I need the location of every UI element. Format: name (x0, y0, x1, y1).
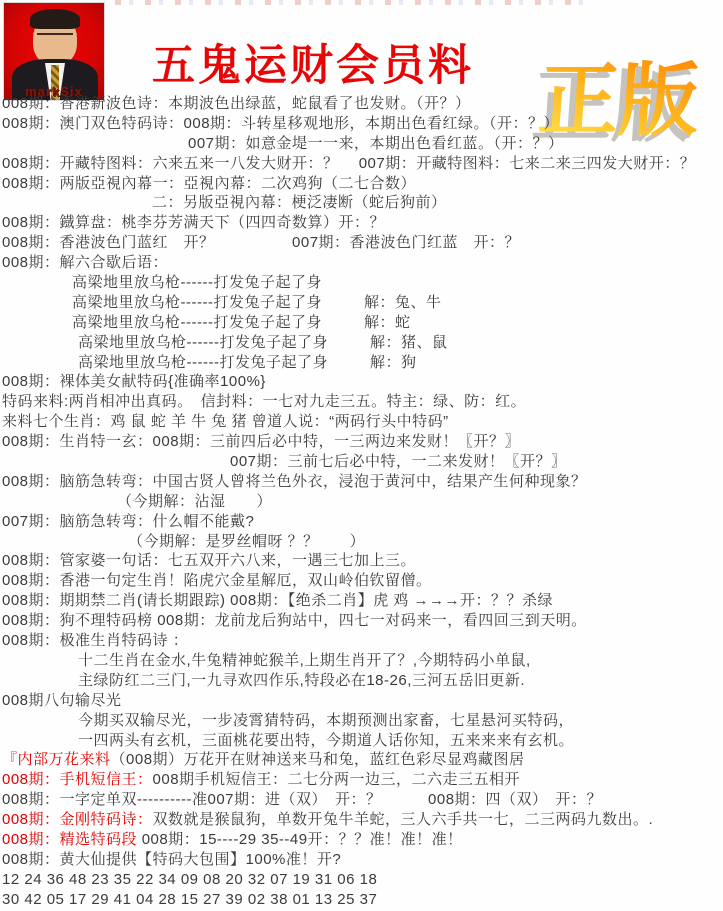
line-text: 008期：生肖特一玄：008期：三前四后必中特，一三两边来发财！〖开？〗 (2, 433, 520, 450)
tip-line: 008期：脑筋急转弯：中国古贤人曾将兰色外衣，浸泡于黄河中，结果产生何种现象？ (2, 472, 723, 492)
line-text: 高梁地里放乌枪------打发兔子起了身 (72, 294, 322, 311)
tip-line: 008期八句输尽光 (2, 691, 723, 711)
tip-line: 008期：澳门双色特码诗：008期：斗转星移观地形，本期出色看红绿。（开：？） (2, 114, 723, 134)
line-text: 双数就是猴鼠狗，单数开兔牛羊蛇，三人六手共一七，二三两码九数出。. (153, 811, 654, 828)
line-text: 008期手机短信王：二七分两一边三，二六走三五相开 (153, 771, 521, 788)
portrait-hair (30, 9, 80, 29)
tip-sheet-page: markSix 五鬼运财会员料 正版 正版 008期：香港新波色诗：本期波色出绿… (0, 0, 723, 911)
line-text: 主绿防红二三门,一九寻欢四作乐,特段必在18-26,三河五岳旧更新. (78, 672, 525, 689)
line-text: 008期：15----29 35--49开：？？准！准！准！ (142, 831, 463, 848)
tip-line: 008期：鐡算盘：桃李芬芳满天下（四四奇数算）开：？ (2, 213, 723, 233)
tip-line: 007期：如意金堤一一来，本期出色看红蓝。（开：？） (2, 134, 723, 154)
page-title: 五鬼运财会员料 (152, 32, 474, 93)
tip-line: 高梁地里放乌枪------打发兔子起了身解：兔、牛 (2, 293, 723, 313)
line-text: 008期：狗不理特码榜 008期：龙前龙后狗站中，四七一对码来一，看四回三到天明… (2, 612, 587, 629)
line-text: 007期：脑筋急转弯：什么帽不能戴? (2, 513, 254, 530)
tip-line: 高梁地里放乌枪------打发兔子起了身解：猪、鼠 (2, 333, 723, 353)
line-text: 008期：管家婆一句话：七五双开六八来，一遇三七加上三。 (2, 552, 416, 569)
line-text: 一四两头有玄机，三面桃花要出特，今期道人话你知，五来来来有玄机。 (78, 732, 574, 749)
line-text: 008期：香港新波色诗：本期波色出绿蓝，蛇鼠看了也发财。（开？） (2, 95, 471, 112)
line-text: 来料七个生肖：鸡 鼠 蛇 羊 牛 兔 猪 曾道人说：“两码行头中特码” (2, 413, 449, 430)
tip-line: 008期：开藏特图料：六来五来一八发大财开：？ 007期：开藏特图料：七来二来三… (2, 154, 723, 174)
line-text: 008期：期期禁二肖(请长期跟踪) 008期：【绝杀二肖】虎 鸡 →→→开：？？… (2, 592, 553, 609)
line-note: 解：蛇 (364, 314, 411, 331)
line-text: 008期：一字定单双----------准007期：进（双） 开：？ 008期：… (2, 791, 602, 808)
tip-line: 一四两头有玄机，三面桃花要出特，今期道人话你知，五来来来有玄机。 (2, 731, 723, 751)
line-text: 008期：两版亞視內幕一：亞視內幕：二次鸡狗（二七合数） (2, 175, 416, 192)
line-text: （008期）万花开在财神送来马和兔，蓝红色彩尽显鸡藏图居 (111, 751, 525, 768)
tip-line: 主绿防红二三门,一九寻欢四作乐,特段必在18-26,三河五岳旧更新. (2, 671, 723, 691)
tip-line: 高梁地里放乌枪------打发兔子起了身解：狗 (2, 353, 723, 373)
tip-line: 008期：管家婆一句话：七五双开六八来，一遇三七加上三。 (2, 551, 723, 571)
line-note: 解：猪、鼠 (370, 334, 448, 351)
line-text: 008期：香港波色门蓝红 开？ 007期：香港波色门红蓝 开：？ (2, 234, 520, 251)
line-prefix: 『内部万花来料 (2, 751, 111, 768)
line-text: 十二生肖在金水,牛兔精神蛇猴羊,上期生肖开了？,今期特码小单鼠, (78, 652, 531, 669)
portrait-glasses (37, 33, 73, 42)
tip-line: 008期：香港新波色诗：本期波色出绿蓝，蛇鼠看了也发财。（开？） (2, 94, 723, 114)
tip-line: 008期：狗不理特码榜 008期：龙前龙后狗站中，四七一对码来一，看四回三到天明… (2, 611, 723, 631)
line-text: 特码来料:两肖相冲出真码。 信封料：一七对九走三五。特主：绿、防：红。 (2, 393, 526, 410)
tip-line: 30 42 05 17 29 41 04 28 15 27 39 02 38 0… (2, 890, 723, 910)
tip-line: （今期解：是罗丝帽呀 ？？ ） (2, 532, 723, 552)
line-text: （今期解：沾湿 ） (117, 493, 272, 510)
tip-line: 008期：一字定单双----------准007期：进（双） 开：？ 008期：… (2, 790, 723, 810)
line-text: 008期：开藏特图料：六来五来一八发大财开：？ 007期：开藏特图料：七来二来三… (2, 155, 695, 172)
tip-line: 008期：解六合歇后语： (2, 253, 723, 273)
line-text: 008期：极准生肖特码诗 ： (2, 632, 188, 649)
cropped-top-artifact (115, 0, 595, 5)
line-prefix: 008期：手机短信王： (2, 771, 153, 788)
tip-line: 008期：两版亞視內幕一：亞視內幕：二次鸡狗（二七合数） (2, 174, 723, 194)
line-text: （今期解：是罗丝帽呀 ？？ ） (128, 533, 365, 550)
line-text: 30 42 05 17 29 41 04 28 15 27 39 02 38 0… (2, 891, 377, 908)
tip-line: 12 24 36 48 23 35 22 34 09 08 20 32 07 1… (2, 870, 723, 890)
tip-line: 008期：生肖特一玄：008期：三前四后必中特，一三两边来发财！〖开？〗 (2, 432, 723, 452)
line-text: 007期：三前七后必中特，一二来发财！〖开？〗 (230, 453, 567, 470)
tip-line: 008期：期期禁二肖(请长期跟踪) 008期：【绝杀二肖】虎 鸡 →→→开：？？… (2, 591, 723, 611)
tip-line: 008期：裸体美女献特码{准确率100%} (2, 372, 723, 392)
tip-line: 来料七个生肖：鸡 鼠 蛇 羊 牛 兔 猪 曾道人说：“两码行头中特码” (2, 412, 723, 432)
line-text: 12 24 36 48 23 35 22 34 09 08 20 32 07 1… (2, 871, 377, 888)
tip-line: 008期：金刚特码诗：双数就是猴鼠狗，单数开兔牛羊蛇，三人六手共一七，二三两码九… (2, 810, 723, 830)
tip-line: （今期解：沾湿 ） (2, 492, 723, 512)
tip-lines: 008期：香港新波色诗：本期波色出绿蓝，蛇鼠看了也发财。（开？）008期：澳门双… (2, 94, 723, 910)
tip-line: 008期：极准生肖特码诗 ： (2, 631, 723, 651)
tipster-portrait: markSix (3, 2, 105, 101)
line-prefix: 008期：精选特码段 (2, 831, 142, 848)
tip-line: 特码来料:两肖相冲出真码。 信封料：一七对九走三五。特主：绿、防：红。 (2, 392, 723, 412)
line-text: 008期：鐡算盘：桃李芬芳满天下（四四奇数算）开：？ (2, 214, 385, 231)
tip-line: 008期：精选特码段 008期：15----29 35--49开：？？准！准！准… (2, 830, 723, 850)
tip-line: 008期：香港一句定生肖！陷虎穴金星解厄，双山岭伯钦留僧。 (2, 571, 723, 591)
tip-line: 008期：香港波色门蓝红 开？ 007期：香港波色门红蓝 开：？ (2, 233, 723, 253)
line-text: 高梁地里放乌枪------打发兔子起了身 (72, 314, 322, 331)
line-text: 008期：裸体美女献特码{准确率100%} (2, 373, 266, 390)
tip-line: 007期：脑筋急转弯：什么帽不能戴? (2, 512, 723, 532)
line-text: 今期买双输尽光，一步凌霄猜特码，本期预测出家畜，七星悬河买特码， (78, 712, 574, 729)
tip-line: 008期：手机短信王：008期手机短信王：二七分两一边三，二六走三五相开 (2, 770, 723, 790)
line-text: 高梁地里放乌枪------打发兔子起了身 (72, 274, 322, 291)
line-text: 二：另版亞視內幕：梗泛凄断（蛇后狗前） (152, 194, 447, 211)
line-text: 008期：脑筋急转弯：中国古贤人曾将兰色外衣，浸泡于黄河中，结果产生何种现象？ (2, 473, 587, 490)
line-text: 008期：解六合歇后语： (2, 254, 168, 271)
tip-line: 高梁地里放乌枪------打发兔子起了身 (2, 273, 723, 293)
line-text: 008期：澳门双色特码诗：008期：斗转星移观地形，本期出色看红绿。（开：？） (2, 115, 559, 132)
tip-line: 008期：黄大仙提供【特码大包围】100%准！开? (2, 850, 723, 870)
tip-line: 二：另版亞視內幕：梗泛凄断（蛇后狗前） (2, 193, 723, 213)
line-text: 007期：如意金堤一一来，本期出色看红蓝。（开：？） (188, 135, 564, 152)
line-text: 008期：香港一句定生肖！陷虎穴金星解厄，双山岭伯钦留僧。 (2, 572, 432, 589)
tip-line: 十二生肖在金水,牛兔精神蛇猴羊,上期生肖开了？,今期特码小单鼠, (2, 651, 723, 671)
line-text: 高梁地里放乌枪------打发兔子起了身 (78, 334, 328, 351)
line-text: 008期：黄大仙提供【特码大包围】100%准！开? (2, 851, 341, 868)
tip-line: 今期买双输尽光，一步凌霄猜特码，本期预测出家畜，七星悬河买特码， (2, 711, 723, 731)
line-note: 解：狗 (370, 354, 417, 371)
line-prefix: 008期：金刚特码诗： (2, 811, 153, 828)
tip-line: 『内部万花来料（008期）万花开在财神送来马和兔，蓝红色彩尽显鸡藏图居 (2, 750, 723, 770)
line-text: 008期八句输尽光 (2, 692, 122, 709)
line-text: 高梁地里放乌枪------打发兔子起了身 (78, 354, 328, 371)
tip-line: 007期：三前七后必中特，一二来发财！〖开？〗 (2, 452, 723, 472)
tip-line: 高梁地里放乌枪------打发兔子起了身解：蛇 (2, 313, 723, 333)
line-note: 解：兔、牛 (364, 294, 442, 311)
